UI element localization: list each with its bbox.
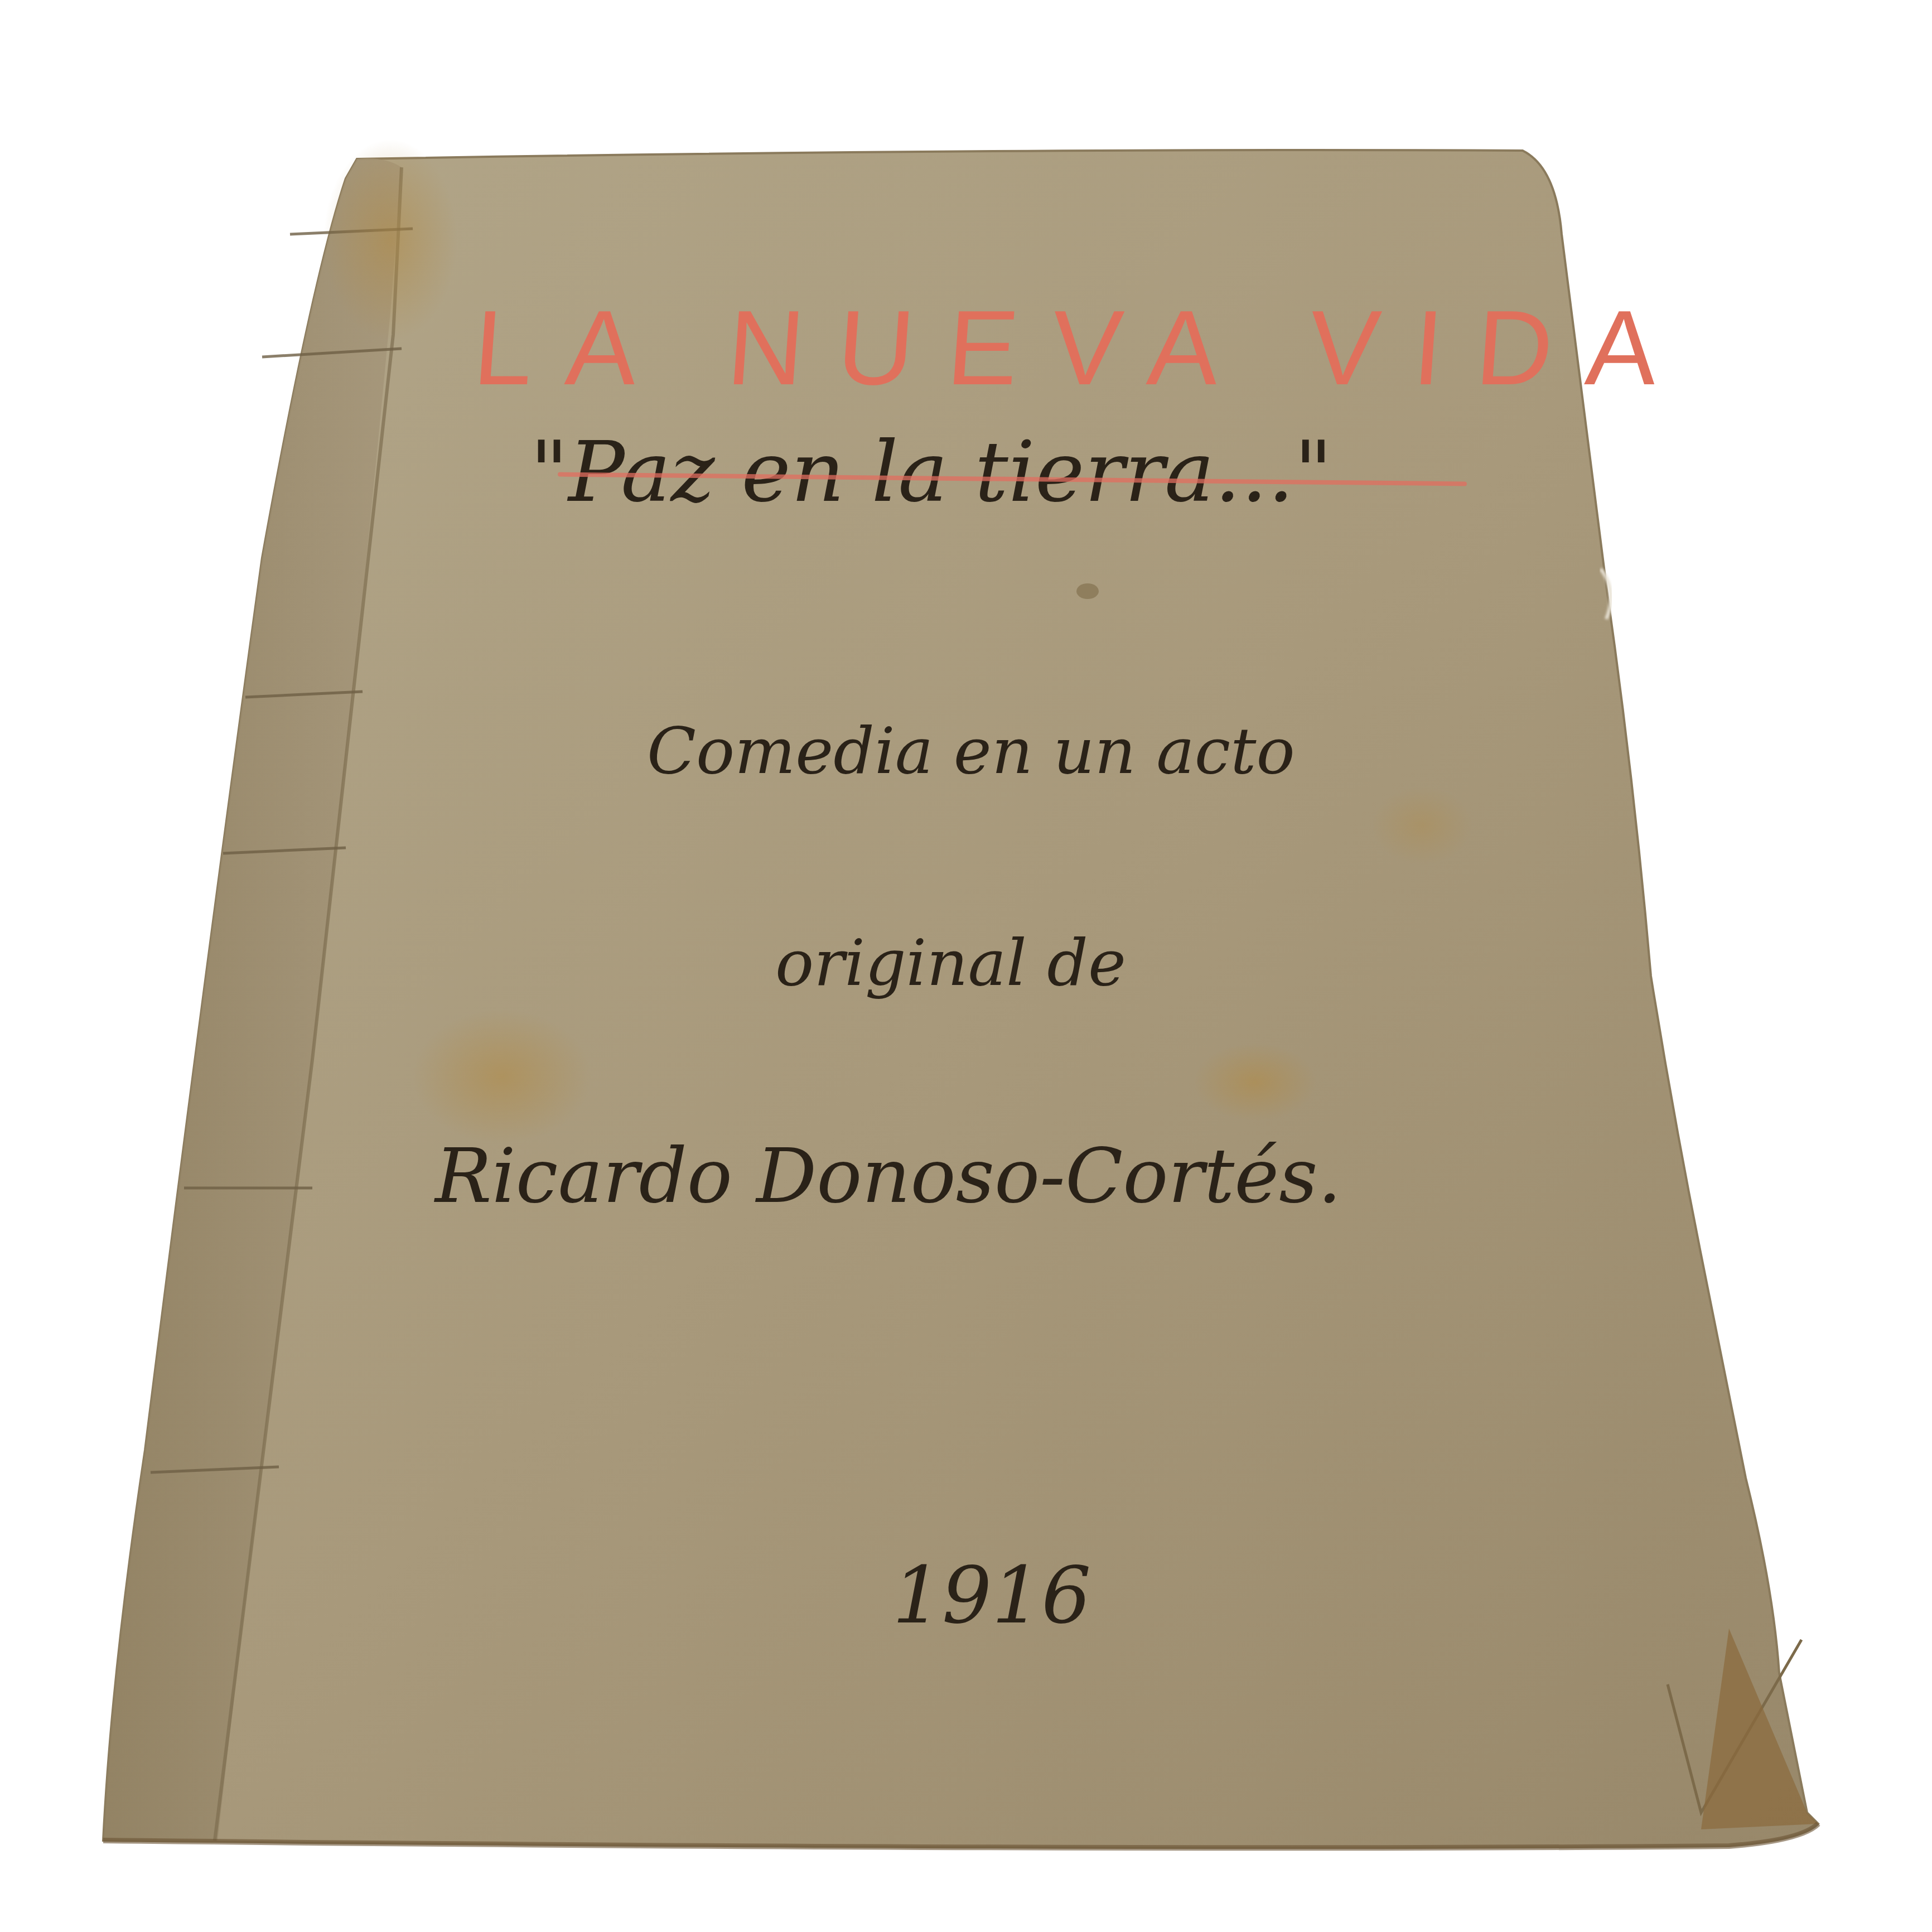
authorship-line: original de xyxy=(775,926,1126,1001)
red-pencil-title: LA NUEVA VIDA xyxy=(470,287,1694,409)
stain xyxy=(1194,1043,1316,1121)
stain xyxy=(413,1010,591,1143)
author-name: Ricardo Donoso-Cortés. xyxy=(435,1132,1341,1220)
photo-stage: LA NUEVA VIDA "Paz en la tierra..." Come… xyxy=(0,0,1932,1932)
stain xyxy=(1372,786,1472,864)
stain xyxy=(1076,583,1099,599)
year: 1916 xyxy=(892,1551,1091,1641)
struck-title: "Paz en la tierra..." xyxy=(530,424,1332,521)
stain xyxy=(323,139,457,340)
genre-line: Comedia en un acto xyxy=(647,714,1295,789)
